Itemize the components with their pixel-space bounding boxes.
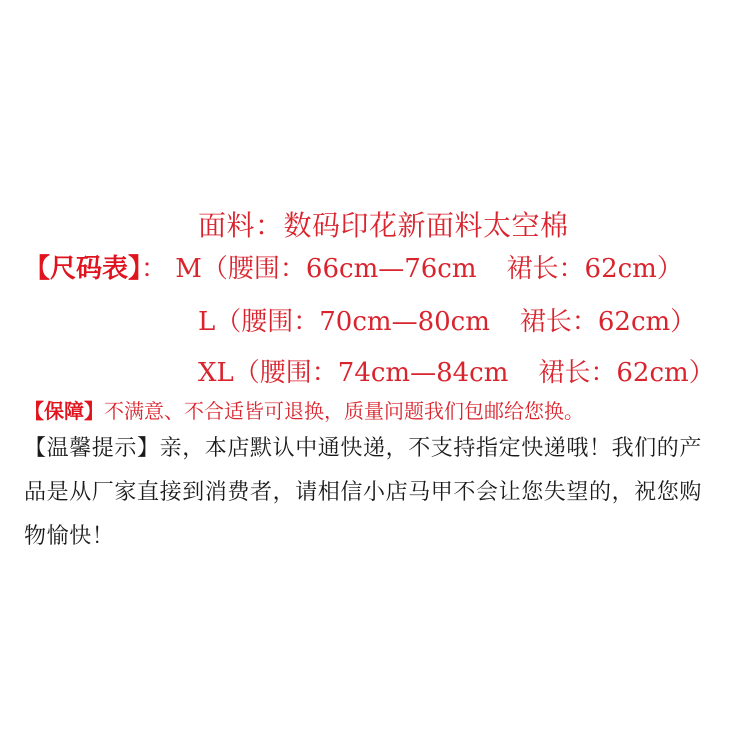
size-label: XL: [198, 360, 234, 386]
warranty-tag: 【保障】: [24, 399, 104, 423]
notice-tag: 【温馨提示】: [24, 436, 160, 461]
size-label: L: [198, 309, 215, 335]
skirt-length: 裙长：62cm）: [520, 307, 696, 337]
size-row-m: 【尺码表】： M（腰围：66cm—76cm裙长：62cm）: [24, 256, 683, 282]
waist-range: （腰围：66cm—76cm: [202, 254, 477, 284]
waist-range: （腰围：74cm—84cm: [234, 358, 509, 388]
warranty-text: 不满意、不合适皆可退换，质量问题我们包邮给您换。: [104, 399, 584, 423]
notice-text: 亲，本店默认中通快递，不支持指定快递哦！我们的产: [160, 436, 702, 461]
skirt-length: 裙长：62cm）: [538, 358, 714, 388]
waist-range: （腰围：70cm—80cm: [215, 307, 490, 337]
fabric-line: 面料：数码印花新面料太空棉: [198, 212, 569, 240]
fabric-label: 面料：: [198, 209, 284, 242]
notice-line-3: 物愉快！: [24, 526, 114, 548]
notice-line-2: 品是从厂家直接到消费者，请相信小店马甲不会让您失望的，祝您购: [24, 482, 702, 504]
size-label: M: [175, 256, 202, 282]
size-row-xl: XL（腰围：74cm—84cm裙长：62cm）: [198, 360, 715, 386]
size-chart-separator: ：: [141, 254, 167, 284]
skirt-length: 裙长：62cm）: [507, 254, 683, 284]
notice-text: 品是从厂家直接到消费者，请相信小店马甲不会让您失望的，祝您购: [24, 480, 702, 505]
warranty-line: 【保障】不满意、不合适皆可退换，质量问题我们包邮给您换。: [24, 401, 584, 421]
notice-text: 物愉快！: [24, 524, 114, 549]
size-chart-heading: 【尺码表】: [24, 254, 141, 284]
notice-line-1: 【温馨提示】亲，本店默认中通快递，不支持指定快递哦！我们的产: [24, 438, 702, 460]
fabric-value: 数码印花新面料太空棉: [284, 209, 569, 242]
size-row-l: L（腰围：70cm—80cm裙长：62cm）: [198, 309, 696, 335]
